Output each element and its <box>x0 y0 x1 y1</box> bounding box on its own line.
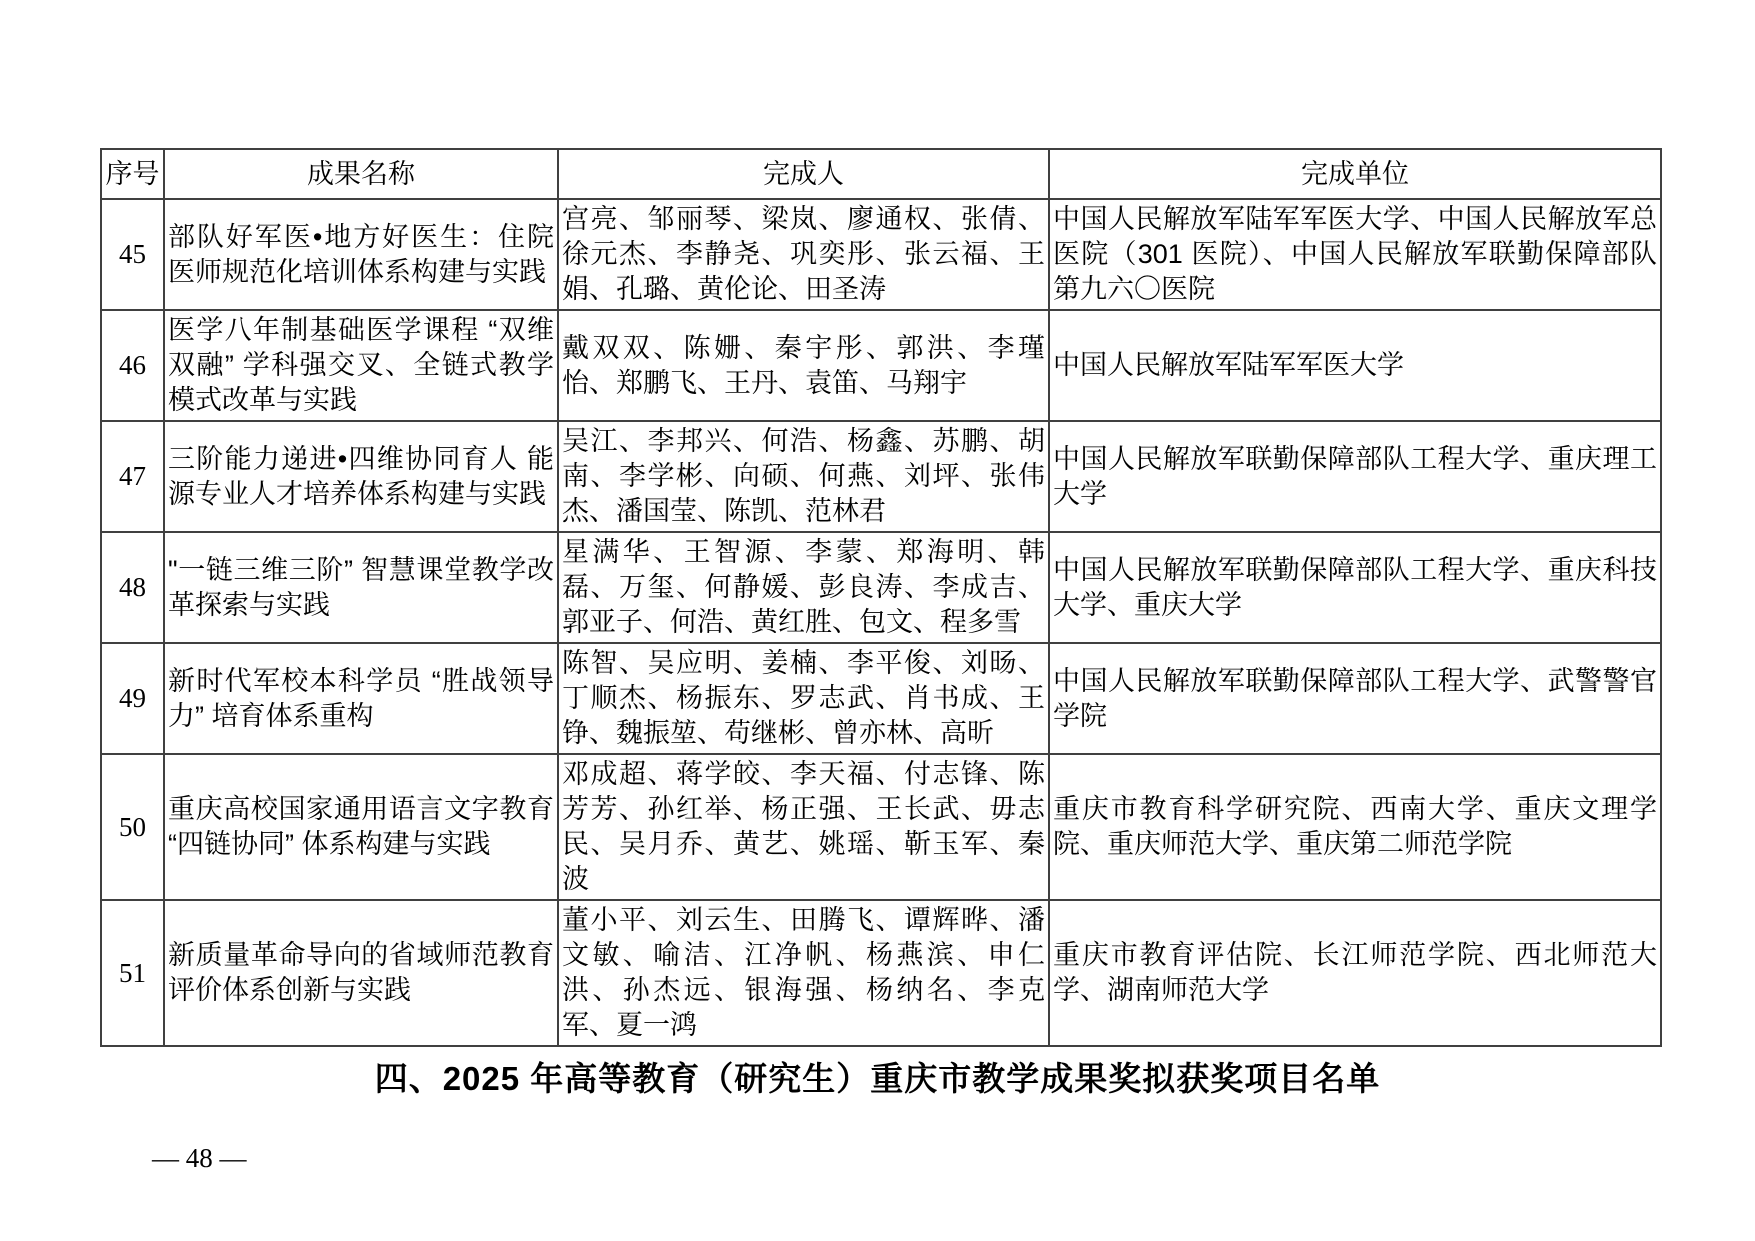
achievement-name: 新时代军校本科学员 “胜战领导力” 培育体系重构 <box>164 643 558 754</box>
column-header-achievement: 成果名称 <box>164 149 558 199</box>
completers: 董小平、刘云生、田腾飞、谭辉晔、潘文敏、喻洁、江净帆、杨燕滨、申仁洪、孙杰远、银… <box>558 900 1049 1046</box>
table-row: 51 新质量革命导向的省域师范教育评价体系创新与实践 董小平、刘云生、田腾飞、谭… <box>101 900 1661 1046</box>
completers: 吴江、李邦兴、何浩、杨鑫、苏鹏、胡南、李学彬、向硕、何燕、刘坪、张伟杰、潘国莹、… <box>558 421 1049 532</box>
column-header-unit: 完成单位 <box>1049 149 1661 199</box>
achievement-name: 医学八年制基础医学课程 “双维双融” 学科强交叉、全链式教学模式改革与实践 <box>164 310 558 421</box>
completing-unit: 中国人民解放军联勤保障部队工程大学、重庆科技大学、重庆大学 <box>1049 532 1661 643</box>
row-number: 46 <box>101 310 164 421</box>
row-number: 51 <box>101 900 164 1046</box>
achievement-name: 新质量革命导向的省域师范教育评价体系创新与实践 <box>164 900 558 1046</box>
table-row: 49 新时代军校本科学员 “胜战领导力” 培育体系重构 陈智、吴应明、姜楠、李平… <box>101 643 1661 754</box>
completing-unit: 中国人民解放军联勤保障部队工程大学、武警警官学院 <box>1049 643 1661 754</box>
completers: 陈智、吴应明、姜楠、李平俊、刘旸、丁顺杰、杨振东、罗志武、肖书成、王铮、魏振堃、… <box>558 643 1049 754</box>
completers: 邓成超、蒋学皎、李天福、付志锋、陈芳芳、孙红举、杨正强、王长武、毋志民、吴月乔、… <box>558 754 1049 900</box>
completers: 宫亮、邹丽琴、梁岚、廖通权、张倩、徐元杰、李静尧、巩奕彤、张云福、王娟、孔璐、黄… <box>558 199 1049 310</box>
section-heading: 四、2025 年高等教育（研究生）重庆市教学成果奖拟获奖项目名单 <box>0 1053 1755 1100</box>
table-row: 50 重庆高校国家通用语言文字教育 “四链协同” 体系构建与实践 邓成超、蒋学皎… <box>101 754 1661 900</box>
completing-unit: 中国人民解放军陆军军医大学 <box>1049 310 1661 421</box>
table-header-row: 序号 成果名称 完成人 完成单位 <box>101 149 1661 199</box>
completing-unit: 重庆市教育科学研究院、西南大学、重庆文理学院、重庆师范大学、重庆第二师范学院 <box>1049 754 1661 900</box>
table-row: 45 部队好军医•地方好医生：住院医师规范化培训体系构建与实践 宫亮、邹丽琴、梁… <box>101 199 1661 310</box>
document-page: 序号 成果名称 完成人 完成单位 45 部队好军医•地方好医生：住院医师规范化培… <box>0 0 1755 1241</box>
row-number: 50 <box>101 754 164 900</box>
row-number: 47 <box>101 421 164 532</box>
column-header-completers: 完成人 <box>558 149 1049 199</box>
row-number: 48 <box>101 532 164 643</box>
completing-unit: 中国人民解放军联勤保障部队工程大学、重庆理工大学 <box>1049 421 1661 532</box>
page-number: — 48 — <box>152 1143 247 1174</box>
row-number: 45 <box>101 199 164 310</box>
completers: 星满华、王智源、李蒙、郑海明、韩磊、万玺、何静媛、彭良涛、李成吉、郭亚子、何浩、… <box>558 532 1049 643</box>
completers: 戴双双、陈姗、秦宇彤、郭洪、李瑾怡、郑鹏飞、王丹、袁笛、马翔宇 <box>558 310 1049 421</box>
awards-table: 序号 成果名称 完成人 完成单位 45 部队好军医•地方好医生：住院医师规范化培… <box>100 148 1662 1047</box>
achievement-name: 重庆高校国家通用语言文字教育 “四链协同” 体系构建与实践 <box>164 754 558 900</box>
achievement-name: 部队好军医•地方好医生：住院医师规范化培训体系构建与实践 <box>164 199 558 310</box>
completing-unit: 中国人民解放军陆军军医大学、中国人民解放军总医院（301 医院）、中国人民解放军… <box>1049 199 1661 310</box>
achievement-name: "一链三维三阶” 智慧课堂教学改革探索与实践 <box>164 532 558 643</box>
row-number: 49 <box>101 643 164 754</box>
table-row: 46 医学八年制基础医学课程 “双维双融” 学科强交叉、全链式教学模式改革与实践… <box>101 310 1661 421</box>
column-header-number: 序号 <box>101 149 164 199</box>
achievement-name: 三阶能力递进•四维协同育人 能源专业人才培养体系构建与实践 <box>164 421 558 532</box>
completing-unit: 重庆市教育评估院、长江师范学院、西北师范大学、湖南师范大学 <box>1049 900 1661 1046</box>
table-row: 47 三阶能力递进•四维协同育人 能源专业人才培养体系构建与实践 吴江、李邦兴、… <box>101 421 1661 532</box>
table-row: 48 "一链三维三阶” 智慧课堂教学改革探索与实践 星满华、王智源、李蒙、郑海明… <box>101 532 1661 643</box>
